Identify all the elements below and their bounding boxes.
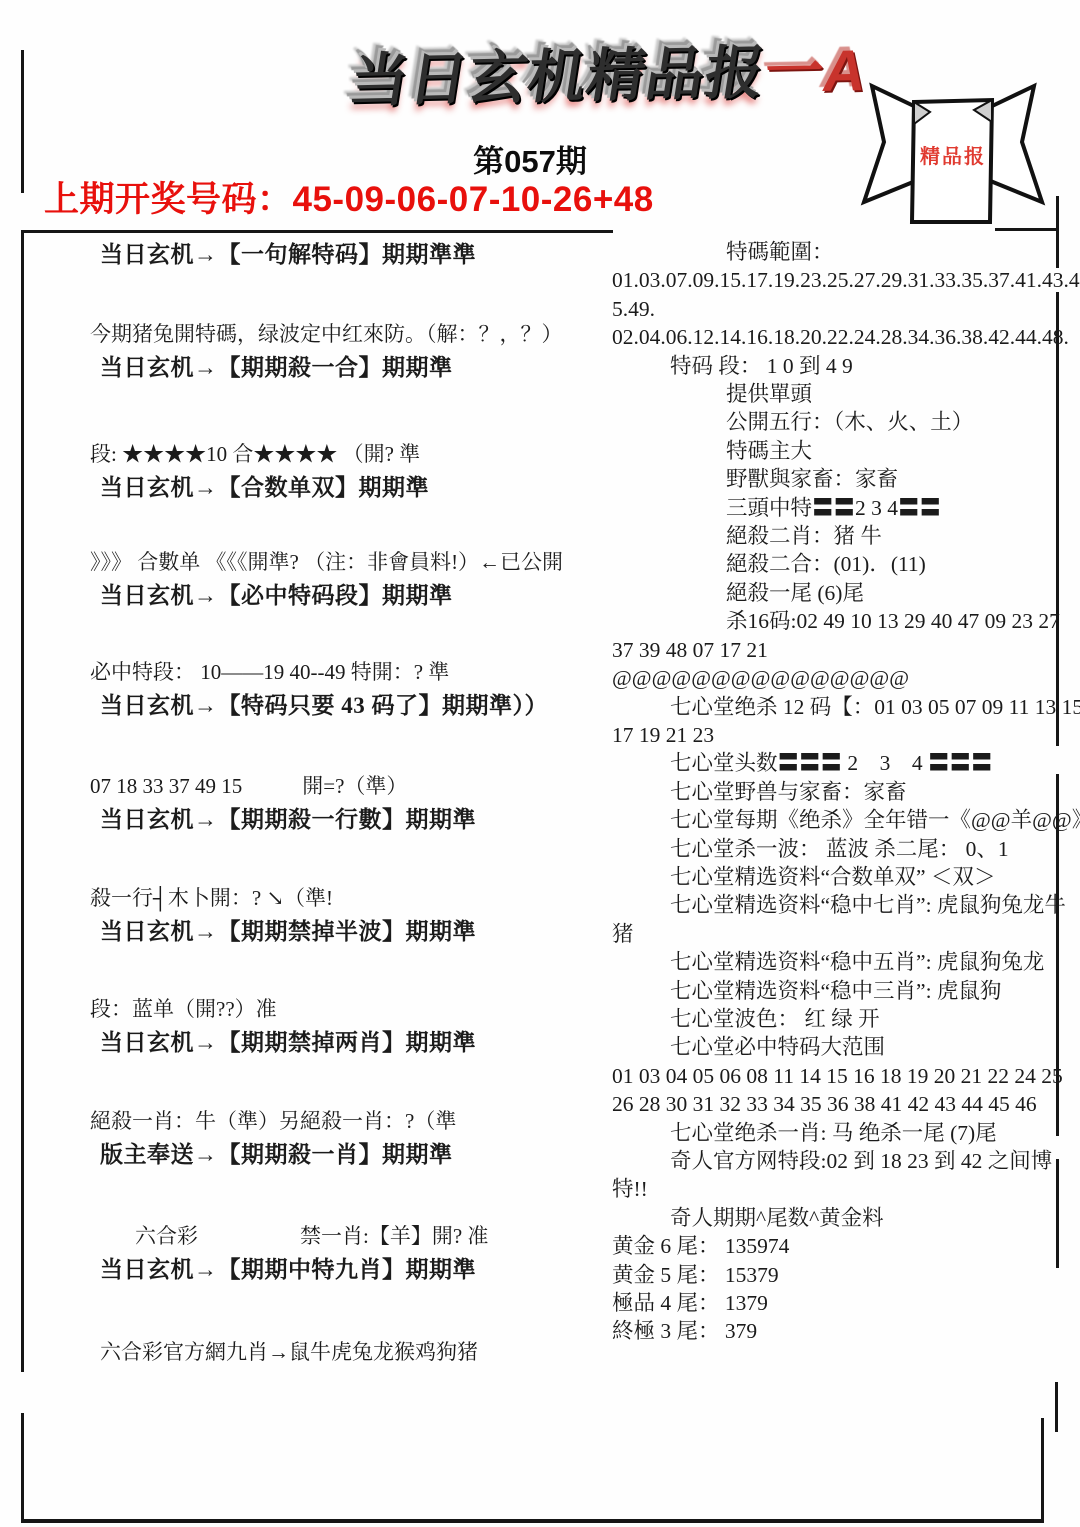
clue-line: 殺一行┤木卜開：? ↘（準! bbox=[60, 882, 612, 915]
clue-label: 六合彩 bbox=[135, 1220, 198, 1253]
info-line: 七心堂精选资料“稳中五肖”: 虎鼠狗兔龙 bbox=[612, 948, 1062, 976]
info-line: 極品 4 尾： 1379 bbox=[612, 1289, 1062, 1317]
tip-group: 段: ★★★★10 合★★★★ （開? 準 当日玄机→【合数单双】期期準 bbox=[60, 438, 612, 505]
ribbon-banner: 精品报 bbox=[860, 80, 1046, 230]
info-line: 提供單頭 bbox=[612, 380, 1062, 408]
clue-line: 六合彩 禁一肖:【羊】開? 准 bbox=[60, 1220, 612, 1253]
clue-line: 》》》 合數单 《《《開準? （注：非會員料!）←已公開 bbox=[60, 546, 612, 579]
info-line: 特碼範圍： bbox=[612, 238, 1062, 266]
tip-group: 必中特段： 10——19 40--49 特開：? 準 当日玄机→【特码只要 43… bbox=[60, 656, 612, 723]
info-line: 公開五行：（木、火、土） bbox=[612, 408, 1062, 436]
tip-line: 当日玄机→【期期禁掉半波】期期準 bbox=[60, 915, 612, 949]
info-line: 37 39 48 07 17 21 bbox=[612, 636, 1062, 664]
tip-line: 当日玄机→【期期殺一行數】期期準 bbox=[60, 803, 612, 837]
info-line: 七心堂绝杀 12 码【：01 03 05 07 09 11 13 15 bbox=[612, 693, 1062, 721]
info-line: 七心堂波色： 红 绿 开 bbox=[612, 1005, 1062, 1033]
info-line: 黄金 6 尾： 135974 bbox=[612, 1232, 1062, 1260]
page-title: 当日玄机精品报一A bbox=[345, 22, 920, 118]
info-line: 七心堂精选资料“稳中三肖”: 虎鼠狗 bbox=[612, 977, 1062, 1005]
info-line: 七心堂头数〓〓〓 2 3 4 〓〓〓 bbox=[612, 749, 1062, 777]
info-line: @@@@@@@@@@@@@@@ bbox=[612, 664, 1062, 692]
tip-line: 当日玄机→【期期禁掉两肖】期期準 bbox=[60, 1026, 612, 1060]
tip-line: 当日玄机→【必中特码段】期期準 bbox=[60, 579, 612, 613]
tip-group: 今期猪兔開特碼，绿波定中红來防。（解：？，？） 当日玄机→【期期殺一合】期期準 bbox=[60, 318, 612, 385]
tip-line: 当日玄机→【期期殺一合】期期準 bbox=[60, 351, 612, 385]
clue-line: 必中特段： 10——19 40--49 特開：? 準 bbox=[60, 656, 612, 689]
info-line: 野獸與家畜：家畜 bbox=[612, 465, 1062, 493]
info-line: 杀16码:02 49 10 13 29 40 47 09 23 27 bbox=[612, 607, 1062, 635]
border-line bbox=[21, 1413, 24, 1521]
clue-line: 段：蓝单（開??）准 bbox=[60, 993, 612, 1026]
info-line: 絕殺二肖：猪 牛 bbox=[612, 522, 1062, 550]
clue-line: 段: ★★★★10 合★★★★ （開? 準 bbox=[60, 438, 612, 471]
tip-group: 絕殺一肖：牛（準）另絕殺一肖：?（準 版主奉送→【期期殺一肖】期期準 bbox=[60, 1105, 612, 1172]
tip-group: 》》》 合數单 《《《開準? （注：非會員料!）←已公開 当日玄机→【必中特码段… bbox=[60, 546, 612, 613]
info-line: 三頭中特〓〓2 3 4〓〓 bbox=[612, 494, 1062, 522]
border-line bbox=[21, 1519, 1044, 1523]
info-line: 終極 3 尾： 379 bbox=[612, 1317, 1062, 1345]
info-line: 奇人期期^尾数^黄金料 bbox=[612, 1204, 1062, 1232]
tip-group: 段：蓝单（開??）准 当日玄机→【期期禁掉两肖】期期準 bbox=[60, 993, 612, 1060]
tip-group: 六合彩 禁一肖:【羊】開? 准 当日玄机→【期期中特九肖】期期準 bbox=[60, 1220, 612, 1287]
tip-line: 版主奉送→【期期殺一肖】期期準 bbox=[60, 1138, 612, 1172]
info-line: 01 03 04 05 06 08 11 14 15 16 18 19 20 2… bbox=[612, 1062, 1062, 1090]
border-line bbox=[21, 230, 613, 233]
border-line bbox=[1055, 1382, 1058, 1432]
info-line: 七心堂每期《绝杀》全年错一《@@羊@@》 bbox=[612, 806, 1062, 834]
info-line: 奇人官方网特段:02 到 18 23 到 42 之间博 bbox=[612, 1147, 1062, 1175]
ribbon-label: 精品报 bbox=[910, 140, 996, 169]
info-line: 17 19 21 23 bbox=[612, 721, 1062, 749]
previous-draw-numbers: 上期开奖号码：45-09-06-07-10-26+48 bbox=[44, 172, 904, 222]
info-line: 七心堂杀一波： 蓝波 杀二尾： 0、1 bbox=[612, 835, 1062, 863]
info-line: 七心堂绝杀一肖: 马 绝杀一尾 (7)尾 bbox=[612, 1119, 1062, 1147]
tip-line: 当日玄机→【合数单双】期期準 bbox=[60, 471, 612, 505]
clue-result: 開=?（準） bbox=[302, 770, 407, 803]
info-line: 特碼主大 bbox=[612, 437, 1062, 465]
info-line: 黄金 5 尾： 15379 bbox=[612, 1261, 1062, 1289]
tip-group: 殺一行┤木卜開：? ↘（準! 当日玄机→【期期禁掉半波】期期準 bbox=[60, 882, 612, 949]
clue-line: 六合彩官方網九肖→鼠牛虎兔龙猴鸡狗猪 bbox=[60, 1336, 612, 1369]
border-line bbox=[21, 50, 24, 193]
tip-group: 07 18 33 37 49 15 開=?（準） 当日玄机→【期期殺一行數】期期… bbox=[60, 770, 612, 837]
info-column: 特碼範圍：01.03.07.09.15.17.19.23.25.27.29.31… bbox=[612, 238, 1062, 1346]
info-line: 七心堂精选资料“合数单双” ＜双＞ bbox=[612, 863, 1062, 891]
info-line: 26 28 30 31 32 33 34 35 36 38 41 42 43 4… bbox=[612, 1090, 1062, 1118]
clue-line: 絕殺一肖：牛（準）另絕殺一肖：?（準 bbox=[60, 1105, 612, 1138]
tip-group: 六合彩官方網九肖→鼠牛虎兔龙猴鸡狗猪 bbox=[60, 1336, 612, 1369]
border-line bbox=[21, 232, 24, 1372]
info-line: 特码 段： 1 0 到 4 9 bbox=[612, 352, 1062, 380]
clue-line: 07 18 33 37 49 15 開=?（準） bbox=[60, 770, 612, 803]
scanned-lottery-sheet: 当日玄机精品报一A 第057期 上期开奖号码：45-09-06-07-10-26… bbox=[0, 0, 1080, 1527]
tip-line: 当日玄机→【特码只要 43 码了】期期準）） bbox=[60, 689, 612, 723]
clue-numbers: 07 18 33 37 49 15 bbox=[90, 770, 242, 803]
info-line: 特!! bbox=[612, 1175, 1062, 1203]
page-title-suffix: 一A bbox=[760, 38, 872, 105]
info-line: 02.04.06.12.14.16.18.20.22.24.28.34.36.3… bbox=[612, 323, 1062, 351]
info-line: 七心堂精选资料“稳中七肖”: 虎鼠狗兔龙牛 bbox=[612, 891, 1062, 919]
tip-line: 当日玄机→【一句解特码】期期準準 bbox=[60, 238, 612, 272]
info-line: 猪 bbox=[612, 920, 1062, 948]
border-line bbox=[1041, 1418, 1044, 1521]
info-line: 5.49. bbox=[612, 295, 1062, 323]
info-line: 01.03.07.09.15.17.19.23.25.27.29.31.33.3… bbox=[612, 266, 1062, 294]
info-line: 七心堂野兽与家畜：家畜 bbox=[612, 778, 1062, 806]
info-line: 絕殺二合：(01)．(11) bbox=[612, 550, 1062, 578]
clue-result: 禁一肖:【羊】開? 准 bbox=[300, 1220, 488, 1253]
clue-line: 今期猪兔開特碼，绿波定中红來防。（解：？，？） bbox=[60, 318, 612, 351]
tip-group: 当日玄机→【一句解特码】期期準準 bbox=[60, 238, 612, 272]
info-line: 絕殺一尾 (6)尾 bbox=[612, 579, 1062, 607]
tip-line: 当日玄机→【期期中特九肖】期期準 bbox=[60, 1253, 612, 1287]
info-line: 七心堂必中特码大范围 bbox=[612, 1033, 1062, 1061]
